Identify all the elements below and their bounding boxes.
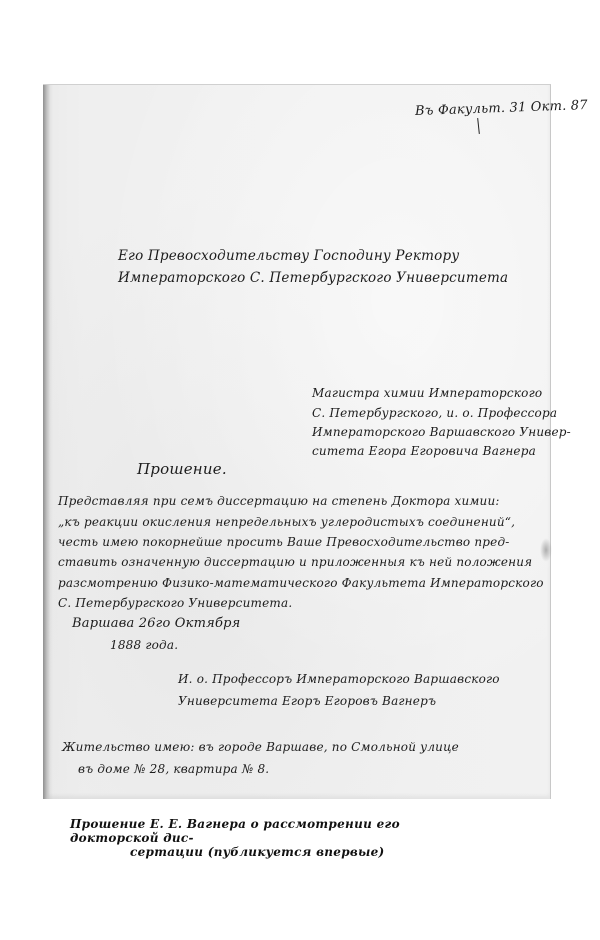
body-line-6: С. Петербургского Университета. <box>58 596 292 610</box>
sender-line-3: Императорского Варшавского Универ- <box>312 425 571 439</box>
petition-heading: Прошение. <box>137 460 227 478</box>
body-line-4: ставить означенную диссертацию и приложе… <box>58 555 532 569</box>
page-binding-shadow <box>43 85 50 799</box>
signature-line-1: И. о. Профессоръ Императорского Варшавск… <box>178 672 500 686</box>
margin-ink-smudge <box>540 538 552 562</box>
date-year-line: 1888 года. <box>110 638 178 652</box>
sender-line-2: С. Петербургского, и. о. Профессора <box>312 406 557 420</box>
body-line-1: Представляя при семъ диссертацию на степ… <box>58 494 500 508</box>
address-line-2: Императорского С. Петербургского Универс… <box>118 270 508 286</box>
caption-line-2: сертации (публикуется впервые) <box>70 845 490 859</box>
sender-line-1: Магистра химии Императорского <box>312 386 542 400</box>
date-place-line: Варшава 26го Октября <box>72 616 240 631</box>
address-line-1: Его Превосходительству Господину Ректору <box>118 248 459 264</box>
sender-line-4: ситета Егора Егоровича Вагнера <box>312 444 536 458</box>
body-line-2: „къ реакции окисления непредельныхъ угле… <box>58 515 515 529</box>
caption-line-1: Прошение Е. Е. Вагнера о рассмотрении ег… <box>70 817 400 845</box>
body-line-3: честь имею покорнейше просить Ваше Прево… <box>58 535 510 549</box>
residence-line-1: Жительство имею: въ городе Варшаве, по С… <box>62 740 459 754</box>
manuscript-page <box>43 84 551 799</box>
body-line-5: разсмотрению Физико-математического Факу… <box>58 576 544 590</box>
figure-caption: Прошение Е. Е. Вагнера о рассмотрении ег… <box>70 817 490 859</box>
residence-line-2: въ доме № 28, квартира № 8. <box>78 762 269 776</box>
signature-line-2: Университета Егоръ Егоровъ Вагнеръ <box>178 694 436 708</box>
